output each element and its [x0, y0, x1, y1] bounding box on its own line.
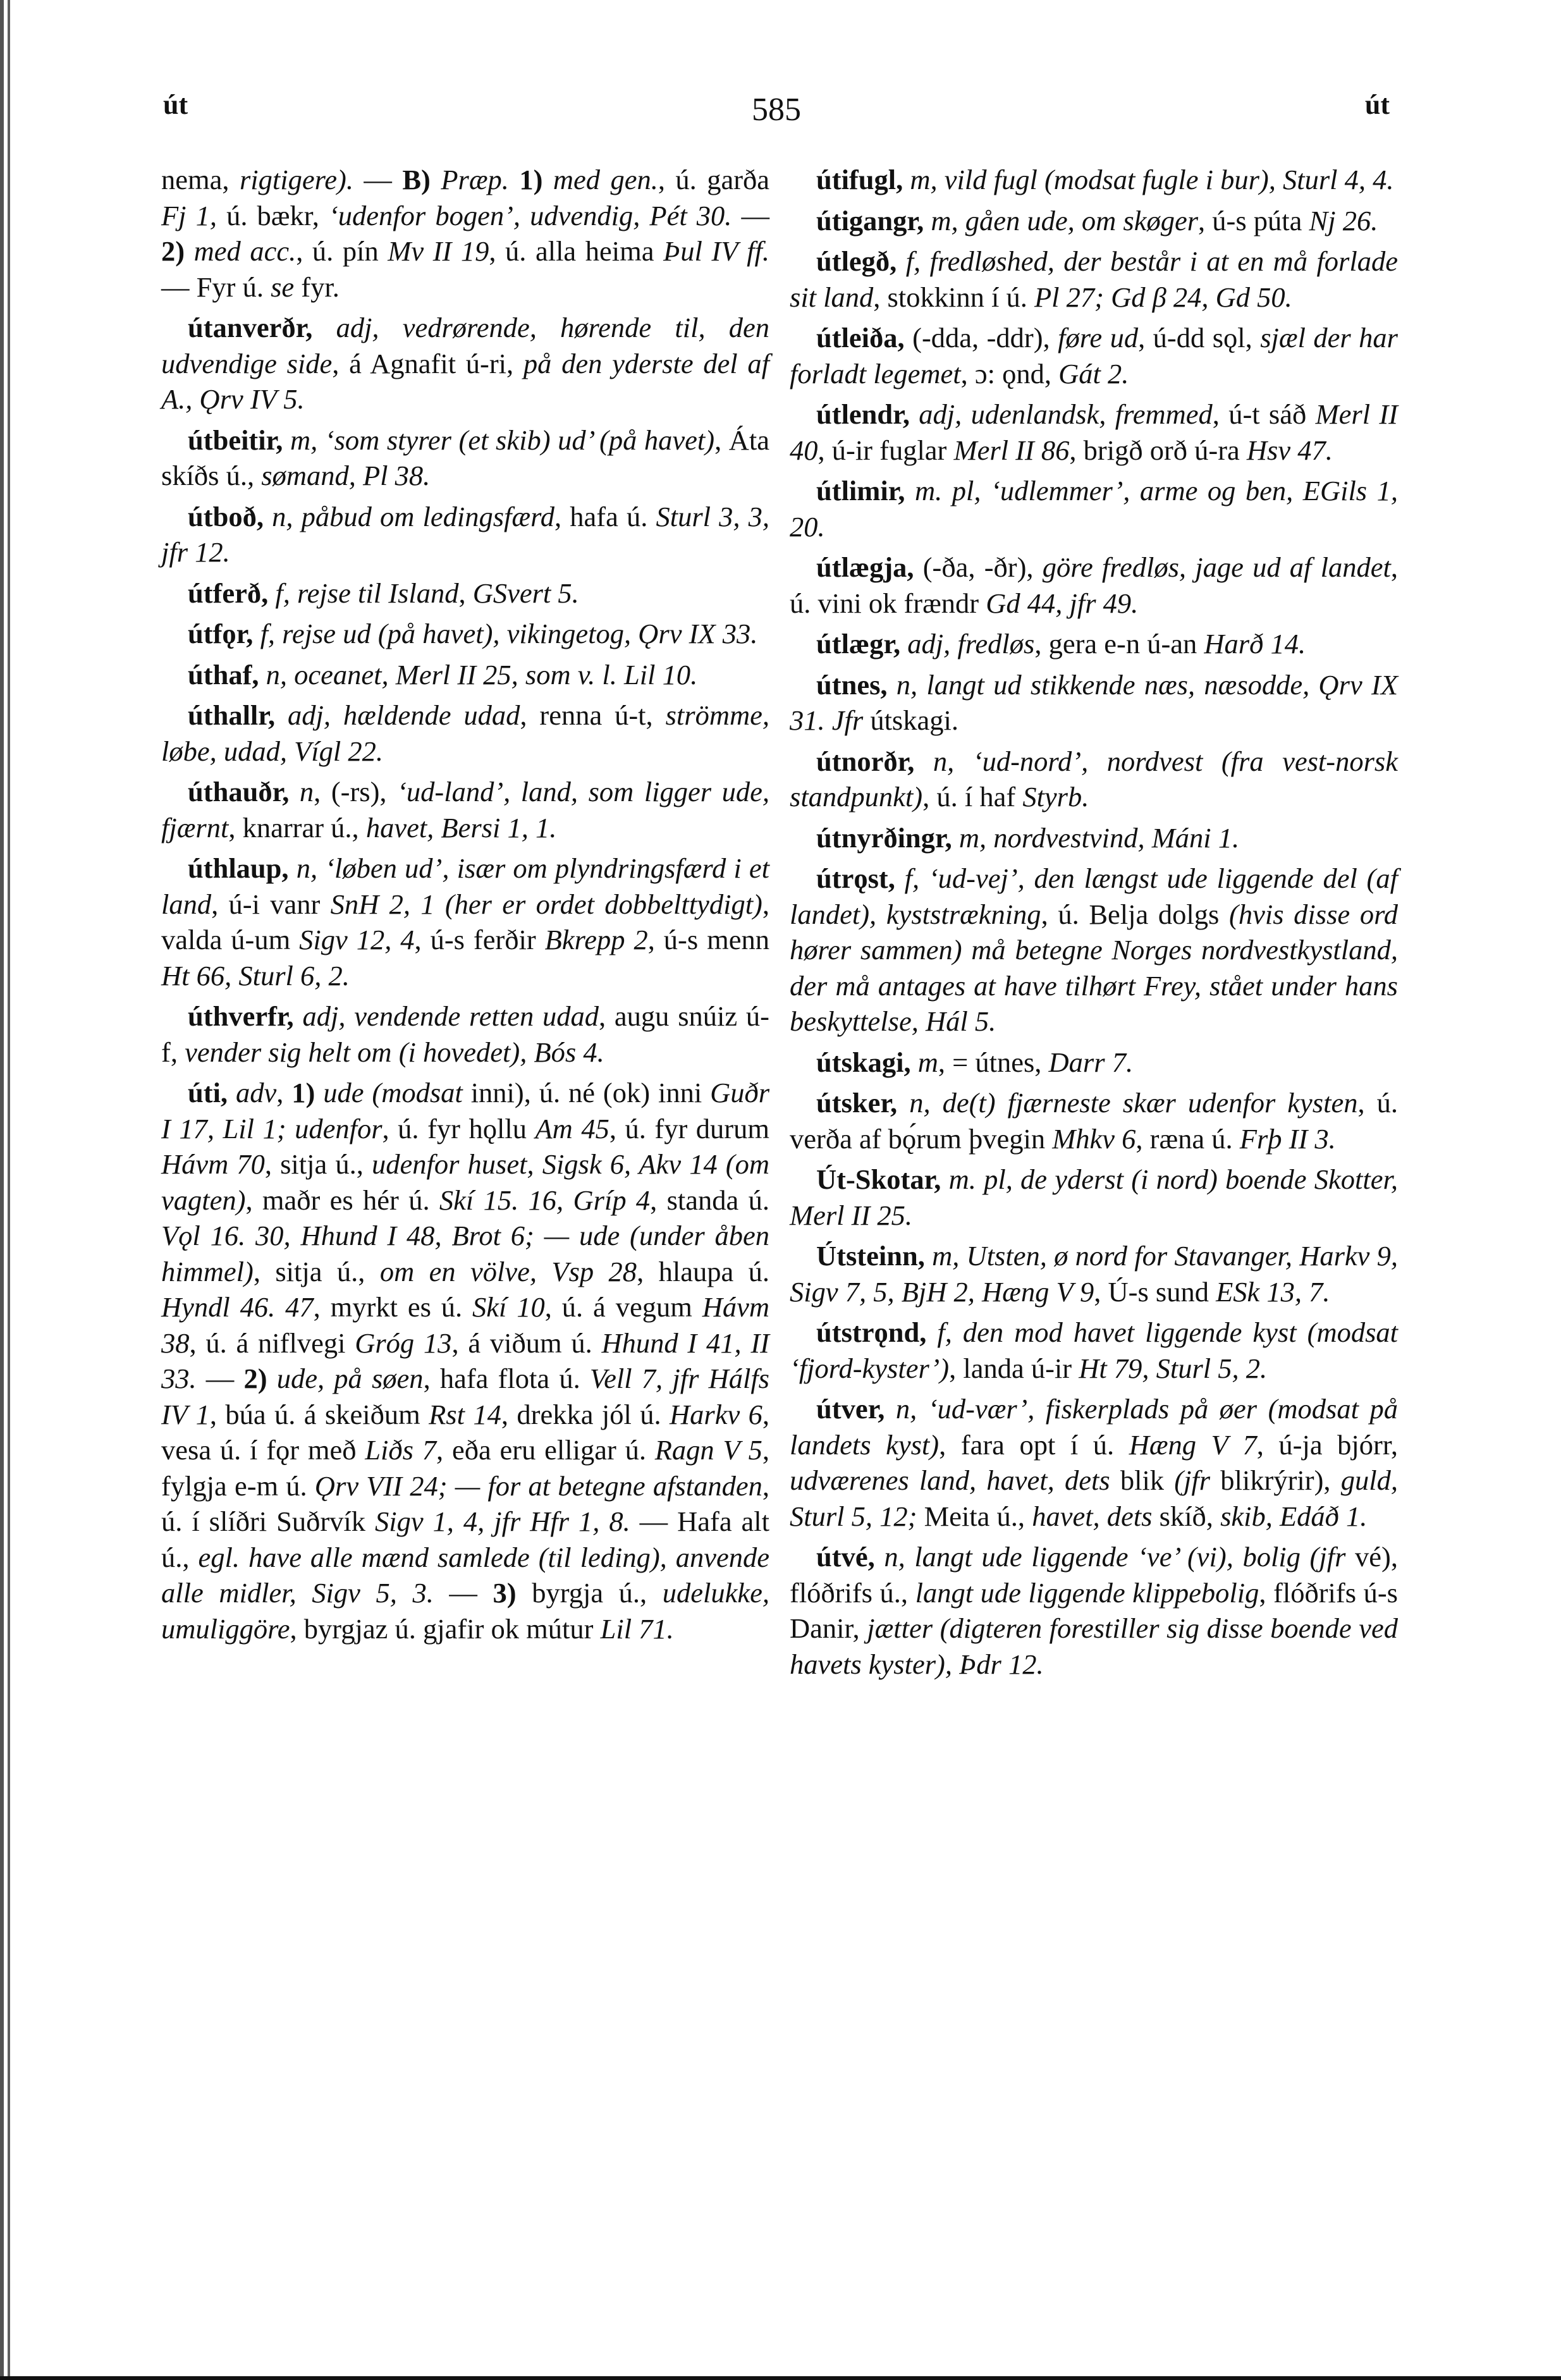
dictionary-entry: úthlaup, n, ‘løben ud’, især om plyndrin…: [161, 850, 769, 993]
entry-definition: Hsv 47.: [1247, 434, 1333, 466]
entry-text: útskagi.: [863, 704, 958, 736]
entry-text: , sitja ú.,: [254, 1256, 380, 1287]
entry-text: 1): [291, 1077, 315, 1108]
entry-text: , ú. fyr hǫllu: [383, 1113, 536, 1144]
entry-text: [228, 1077, 236, 1108]
entry-headword: útifugl,: [816, 164, 903, 195]
entry-definition: n, påbud om ledingsfærd: [272, 501, 554, 532]
entry-text: blik: [1110, 1464, 1175, 1496]
entry-definition: Þul IV ff.: [663, 235, 769, 267]
entry-definition: Mhkv 6: [1052, 1123, 1136, 1155]
entry-headword: útbeitir,: [188, 424, 283, 456]
entry-definition: havet, Bersi 1, 1.: [366, 812, 557, 843]
entry-text: , = útnes,: [938, 1046, 1049, 1078]
entry-definition: adv: [236, 1077, 276, 1108]
entry-definition: adj, fredløs: [907, 628, 1034, 659]
dictionary-entry: útferð, f, rejse til Island, GSvert 5.: [161, 575, 769, 611]
entry-definition: Frþ II 3.: [1240, 1123, 1336, 1155]
entry-text: [289, 776, 300, 807]
entry-definition: n, de(t) fjærneste skær udenfor kysten: [909, 1087, 1357, 1119]
entry-text: , gera e-n ú-an: [1034, 628, 1204, 659]
entry-definition: udværenes land, havet, dets: [790, 1464, 1110, 1496]
entry-text: [952, 822, 959, 854]
entry-text: [542, 164, 553, 195]
entry-text: , ú. Belja dolgs: [1041, 899, 1229, 930]
entry-definition: Pl 27; Gd β 24, Gd 50.: [1034, 281, 1292, 313]
entry-text: B): [402, 164, 431, 195]
entry-definition: Harð 14.: [1204, 628, 1306, 659]
entry-definition: Styrb.: [1022, 781, 1089, 813]
entry-definition: Ragn V 5: [655, 1434, 762, 1466]
entry-text: —: [732, 200, 769, 231]
page-bottom-edge: [0, 2376, 1561, 2380]
entry-text: , fara opt í ú.: [939, 1429, 1129, 1461]
dictionary-entry: útnes, n, langt ud stikkende næs, næsodd…: [790, 667, 1398, 739]
entry-text: [294, 1000, 303, 1032]
entry-text: , eða eru elligar ú.: [436, 1434, 655, 1466]
entry-text: , ú. á niflvegi: [190, 1327, 355, 1359]
entry-text: [259, 659, 266, 690]
entry-definition: Fj 1,: [161, 200, 217, 231]
entry-definition: langt ude liggende klippebolig: [915, 1577, 1259, 1609]
entry-text: inni), ú. né (ok) inni: [463, 1077, 710, 1108]
entry-text: [925, 1240, 932, 1272]
entry-definition: Hæng V 7: [1129, 1429, 1257, 1461]
entry-headword: útlægja,: [816, 551, 914, 583]
entry-text: [910, 398, 919, 430]
dictionary-entry: útlimir, m. pl, ‘udlemmer’, arme og ben,…: [790, 473, 1398, 544]
entry-text: , standa ú.: [650, 1184, 769, 1216]
dictionary-entry: Út-Skotar, m. pl, de yderst (i nord) boe…: [790, 1162, 1398, 1233]
entry-text: [267, 1363, 277, 1394]
entry-text: , ú-i vanr: [211, 888, 331, 920]
entry-definition: om en völve, Vsp 28: [380, 1256, 637, 1287]
dictionary-entry: Útsteinn, m, Utsten, ø nord for Stavange…: [790, 1238, 1398, 1310]
entry-text: [431, 164, 441, 195]
entry-definition: Skí 10: [472, 1291, 545, 1323]
dictionary-entry: útskagi, m, = útnes, Darr 7.: [790, 1045, 1398, 1081]
entry-definition: Merl II 86: [954, 434, 1070, 466]
entry-text: —: [434, 1577, 493, 1609]
running-head-right: út: [1365, 89, 1390, 121]
entry-headword: úthaf,: [188, 659, 259, 690]
entry-definition: Skí 15. 16, Gríp 4: [439, 1184, 650, 1216]
entry-text: , búa ú. á skeiðum: [210, 1399, 429, 1430]
entry-text: skíð,: [1153, 1500, 1221, 1532]
entry-text: , ú-s menn: [648, 924, 769, 955]
entry-text: , renna ú-t,: [520, 699, 665, 731]
dictionary-entry: úthaf, n, oceanet, Merl II 25, som v. l.…: [161, 657, 769, 693]
dictionary-entry: útlægr, adj, fredløs, gera e-n ú-an Harð…: [790, 626, 1398, 662]
entry-text: ú. bækr,: [217, 200, 329, 231]
entry-text: —: [353, 164, 402, 195]
entry-text: , ú. á vegum: [545, 1291, 702, 1323]
entry-text: [895, 862, 905, 894]
entry-text: [875, 1541, 885, 1573]
entry-headword: Út-Skotar,: [816, 1163, 941, 1195]
dictionary-entry: útfǫr, f, rejse ud (på havet), vikingeto…: [161, 616, 769, 652]
entry-text: [897, 1087, 909, 1119]
entry-definition: SnH 2, 1 (her er ordet dobbelttydigt): [331, 888, 762, 920]
entry-text: (-ða, -ðr),: [914, 551, 1043, 583]
entry-text: Meita ú.,: [917, 1500, 1032, 1532]
entry-text: byrgja ú.,: [517, 1577, 663, 1609]
entry-text: [275, 699, 288, 731]
entry-definition: Ht 66, Sturl 6, 2.: [161, 960, 350, 991]
entry-text: ,: [458, 577, 472, 609]
entry-text: , á Agnafit ú-ri,: [332, 348, 523, 379]
entry-text: , hlaupa ú.: [637, 1256, 769, 1287]
entry-text: [941, 1163, 948, 1195]
entry-text: [885, 1393, 896, 1425]
entry-definition: ude, på søen: [277, 1363, 424, 1394]
entry-text: [283, 424, 290, 456]
entry-definition: rigtigere).: [240, 164, 353, 195]
entry-definition: m, nordvestvind, Máni 1.: [959, 822, 1239, 854]
entry-definition: ESk 13, 7.: [1216, 1276, 1330, 1308]
entry-definition: adj, udenlandsk, fremmed: [919, 398, 1212, 430]
entry-text: , drekka jól ú.: [501, 1399, 670, 1430]
entry-text: [926, 1316, 937, 1348]
running-head: út 585 út: [163, 89, 1390, 133]
entry-definition: GSvert 5.: [473, 577, 579, 609]
entry-definition: føre ud: [1058, 322, 1138, 353]
dictionary-entry: útboð, n, påbud om ledingsfærd, hafa ú. …: [161, 499, 769, 570]
dictionary-entry: útanverðr, adj, vedrørende, hørende til,…: [161, 310, 769, 417]
entry-text: , ú-s púta: [1198, 205, 1309, 236]
entry-headword: útskagi,: [816, 1046, 911, 1078]
entry-headword: úthverfr,: [188, 1000, 294, 1032]
entry-text: , hafa ú.: [554, 501, 656, 532]
entry-definition: ‘udenfor bogen’, udvendig, Pét 30.: [329, 200, 732, 231]
dictionary-entry: úthauðr, n, (-rs), ‘ud-land’, land, som …: [161, 774, 769, 845]
entry-headword: útnyrðingr,: [816, 822, 952, 854]
entry-definition: Mv II 19: [388, 235, 489, 267]
entry-text: , ú-t sáð: [1213, 398, 1316, 430]
entry-definition: Hávm 70: [161, 1148, 265, 1180]
entry-definition: Præp.: [441, 164, 509, 195]
dictionary-entry: úti, adv, 1) ude (modsat inni), ú. né (o…: [161, 1075, 769, 1647]
entry-text: fyr.: [294, 271, 340, 303]
entry-definition: Hyndl 46. 47: [161, 1291, 314, 1323]
entry-text: [924, 205, 931, 236]
entry-definition: Gd 44, jfr 49.: [986, 587, 1138, 619]
entry-text: ,: [276, 1077, 291, 1108]
entry-text: (-dda, -ddr),: [905, 322, 1058, 353]
entry-definition: med acc.: [194, 235, 297, 267]
dictionary-entry: útigangr, m, gåen ude, om skøger, ú-s pú…: [790, 203, 1398, 239]
entry-text: , ú-s ferðir: [415, 924, 545, 955]
entry-text: [905, 475, 915, 506]
entry-text: [900, 628, 907, 659]
dictionary-entry: útlendr, adj, udenlandsk, fremmed, ú-t s…: [790, 396, 1398, 468]
entry-text: , byrgjaz ú. gjafir ok mútur: [290, 1613, 601, 1645]
entry-definition: Darr 7.: [1049, 1046, 1134, 1078]
dictionary-entry: útvé, n, langt ude liggende ‘ve’ (vi), b…: [790, 1539, 1398, 1682]
entry-text: [914, 745, 933, 777]
entry-definition: (jfr: [1174, 1464, 1210, 1496]
entry-text: —: [197, 1363, 244, 1394]
dictionary-entry: útnorðr, n, ‘ud-nord’, nordvest (fra ves…: [790, 744, 1398, 815]
entry-headword: úthlaup,: [188, 852, 289, 884]
entry-headword: útnorðr,: [816, 745, 914, 777]
entry-definition: ude (modsat: [323, 1077, 463, 1108]
page-number: 585: [163, 91, 1390, 128]
entry-headword: útlægr,: [816, 628, 900, 659]
entry-text: , ú. í haf: [922, 781, 1022, 813]
dictionary-entry: úthallr, adj, hældende udad, renna ú-t, …: [161, 697, 769, 769]
entry-text: 2): [161, 235, 185, 267]
entry-definition: m, gåen ude, om skøger: [931, 205, 1198, 236]
entry-text: , myrkt es ú.: [314, 1291, 472, 1323]
entry-definition: Gróg 13: [355, 1327, 451, 1359]
entry-text: 2): [243, 1363, 267, 1394]
entry-text: , Ú-s sund: [1094, 1276, 1216, 1308]
dictionary-entry: útver, n, ‘ud-vær’, fiskerplads på øer (…: [790, 1391, 1398, 1534]
left-column: nema, rigtigere). — B) Præp. 1) med gen.…: [161, 162, 769, 1652]
entry-definition: f, rejse ud (på havet), vikingetog, Ǫrv …: [260, 618, 758, 649]
page-binding-shadow: [0, 0, 21, 2380]
entry-headword: útsker,: [816, 1087, 897, 1119]
dictionary-entry: útstrǫnd, f, den mod havet liggende kyst…: [790, 1315, 1398, 1386]
entry-definition: f, rejse til Island: [275, 577, 458, 609]
entry-definition: Bkrepp 2: [545, 924, 648, 955]
dictionary-entry: útlægja, (-ða, -ðr), göre fredløs, jage …: [790, 549, 1398, 621]
entry-headword: útrǫst,: [816, 862, 895, 894]
entry-definition: Rst 14: [429, 1399, 501, 1430]
dictionary-entry: útrǫst, f, ‘ud-vej’, den længst ude ligg…: [790, 861, 1398, 1040]
entry-headword: útboð,: [188, 501, 264, 532]
entry-text: , ú-dd sǫl,: [1138, 322, 1260, 353]
dictionary-entry: úthverfr, adj, vendende retten udad, aug…: [161, 998, 769, 1070]
entry-text: [888, 669, 897, 701]
entry-headword: útanverðr,: [188, 312, 312, 343]
entry-definition: m, vild fugl (modsat fugle i bur), Sturl…: [910, 164, 1393, 195]
entry-text: , ú. alla heima: [489, 235, 663, 267]
entry-headword: útstrǫnd,: [816, 1316, 926, 1348]
entry-headword: útleiða,: [816, 322, 905, 353]
entry-text: , ú-ja bjórr,: [1257, 1429, 1398, 1461]
entry-definition: n, oceanet, Merl II 25, som v. l. Lil 10…: [266, 659, 698, 690]
entry-text: [253, 618, 260, 649]
entry-definition: vender sig helt om (i hovedet), Bós 4.: [185, 1036, 604, 1068]
entry-headword: útigangr,: [816, 205, 924, 236]
entry-text: , landa ú-ir: [949, 1353, 1079, 1384]
entry-headword: útfǫr,: [188, 618, 253, 649]
entry-definition: Nj 26.: [1309, 205, 1378, 236]
entry-headword: útver,: [816, 1393, 885, 1425]
entry-text: , sitja ú.,: [265, 1148, 372, 1180]
entry-headword: útlendr,: [816, 398, 910, 430]
right-column: útifugl, m, vild fugl (modsat fugle i bu…: [790, 162, 1398, 1687]
entry-definition: skib, Edáð 1.: [1220, 1500, 1367, 1532]
entry-definition: Ht 79, Sturl 5, 2.: [1079, 1353, 1267, 1384]
entry-text: , (-rs),: [314, 776, 397, 807]
entry-definition: n, langt ude liggende ‘ve’ (vi), bolig (…: [884, 1541, 1345, 1573]
entry-definition: n: [300, 776, 314, 807]
entry-definition: Am 45: [536, 1113, 609, 1144]
entry-headword: Útsteinn,: [816, 1240, 925, 1272]
dictionary-entry: útnyrðingr, m, nordvestvind, Máni 1.: [790, 820, 1398, 856]
entry-text: [315, 1077, 323, 1108]
entry-text: , ú-ir fuglar: [818, 434, 954, 466]
entry-headword: úti,: [188, 1077, 228, 1108]
entry-text: [289, 852, 297, 884]
entry-headword: útnes,: [816, 669, 888, 701]
entry-text: nema,: [161, 164, 240, 195]
entry-text: , stokkinn í ú.: [873, 281, 1034, 313]
entry-definition: Ǫrv VII 24; — for at betegne afstanden: [315, 1470, 762, 1502]
entry-headword: útlegð,: [816, 245, 897, 277]
entry-text: , ú. garða: [658, 164, 769, 195]
entry-definition: göre fredløs, jage ud af landet: [1043, 551, 1391, 583]
entry-headword: úthauðr,: [188, 776, 289, 807]
entry-text: , maðr es hér ú.: [245, 1184, 439, 1216]
entry-definition: m: [918, 1046, 938, 1078]
entry-headword: útlimir,: [816, 475, 905, 506]
entry-definition: Harkv 6: [670, 1399, 762, 1430]
entry-text: , ræna ú.: [1136, 1123, 1239, 1155]
entry-headword: útferð,: [188, 577, 268, 609]
entry-text: [264, 501, 272, 532]
entry-definition: adj, hældende udad: [288, 699, 520, 731]
entry-text: blikrýrir),: [1210, 1464, 1341, 1496]
entry-definition: Sigv 1, 4, jfr Hfr 1, 8.: [375, 1506, 630, 1537]
entry-text: , knarrar ú.,: [228, 812, 365, 843]
entry-text: 1): [519, 164, 542, 195]
entry-definition: jætter (digteren forestiller sig disse b…: [790, 1612, 1398, 1680]
entry-headword: útvé,: [816, 1541, 875, 1573]
entry-definition: Sigv 12, 4: [299, 924, 414, 955]
entry-definition: Liðs 7: [365, 1434, 436, 1466]
entry-definition: Lil 71.: [601, 1613, 674, 1645]
entry-text: [897, 245, 905, 277]
entry-text: , brigð orð ú-ra: [1069, 434, 1247, 466]
entry-headword: úthallr,: [188, 699, 275, 731]
entry-definition: adj, vendende retten udad: [302, 1000, 599, 1032]
dictionary-entry: útbeitir, m, ‘som styrer (et skib) ud’ (…: [161, 422, 769, 494]
dictionary-entry: nema, rigtigere). — B) Præp. 1) med gen.…: [161, 162, 769, 305]
entry-text: [509, 164, 519, 195]
dictionary-entry: útleiða, (-dda, -ddr), føre ud, ú-dd sǫl…: [790, 320, 1398, 391]
entry-definition: Gát 2.: [1058, 358, 1129, 390]
entry-text: [268, 577, 275, 609]
entry-definition: se: [271, 271, 294, 303]
entry-text: , ɔ: ǫnd,: [961, 358, 1059, 390]
entry-text: 3): [493, 1577, 517, 1609]
entry-text: , á viðum ú.: [451, 1327, 601, 1359]
entry-definition: m, ‘som styrer (et skib) ud’ (på havet): [290, 424, 714, 456]
entry-text: — Fyr ú.: [161, 271, 271, 303]
entry-definition: sømand, Pl 38.: [261, 460, 430, 491]
entry-text: , hafa flota ú.: [424, 1363, 590, 1394]
entry-text: [312, 312, 336, 343]
entry-text: [903, 164, 910, 195]
entry-definition: havet, dets: [1032, 1500, 1152, 1532]
entry-text: [911, 1046, 918, 1078]
entry-text: [185, 235, 194, 267]
entry-definition: med gen.: [553, 164, 658, 195]
dictionary-entry: útsker, n, de(t) fjærneste skær udenfor …: [790, 1085, 1398, 1156]
dictionary-entry: útlegð, f, fredløshed, der består i at e…: [790, 243, 1398, 315]
entry-text: , ú. fyr durum: [609, 1113, 769, 1144]
entry-text: , ú. pín: [296, 235, 388, 267]
dictionary-entry: útifugl, m, vild fugl (modsat fugle i bu…: [790, 162, 1398, 198]
